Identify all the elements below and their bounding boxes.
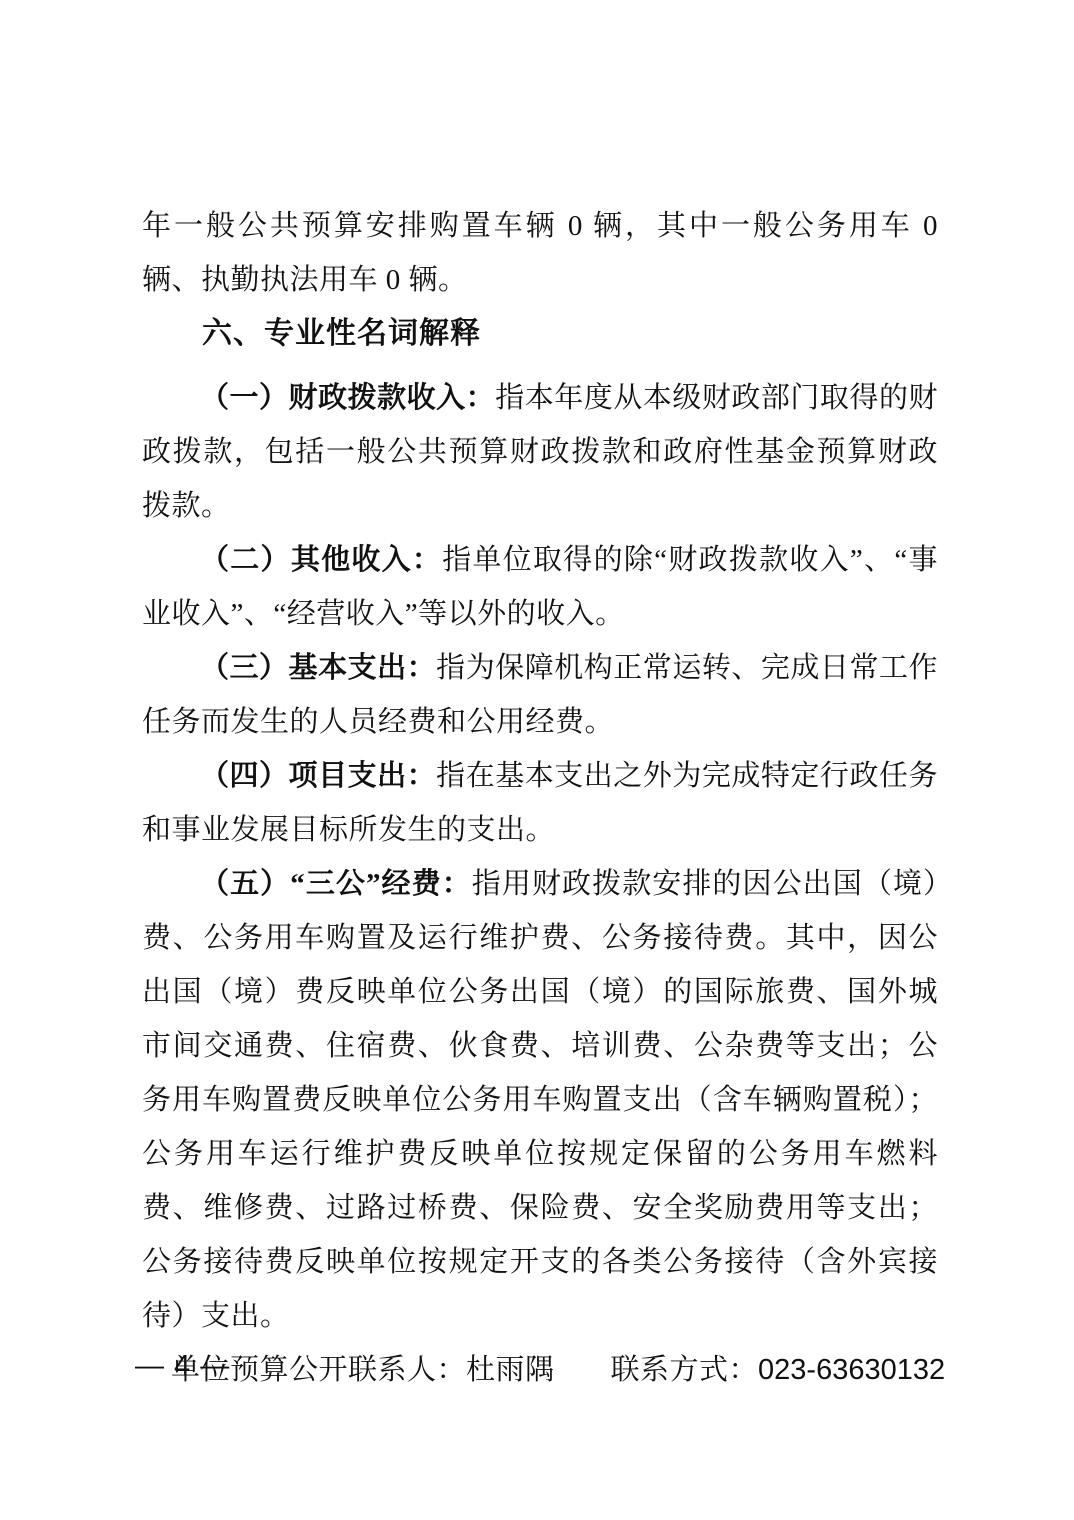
document-page: 年一般公共预算安排购置车辆 0 辆，其中一般公务用车 0 辆、执勤执法用车 0 … xyxy=(0,0,1074,1520)
definition-paragraph: （一）财政拨款收入：指本年度从本级财政部门取得的财政拨款，包括一般公共预算财政拨… xyxy=(142,371,938,533)
definition-term: （二）其他收入： xyxy=(200,544,442,576)
definition-paragraph: （五）“三公”经费：指用财政拨款安排的因公出国（境）费、公务用车购置及运行维护费… xyxy=(142,857,938,1343)
definition-term: （五）“三公”经费： xyxy=(200,868,472,900)
contact-person-name: 杜雨隅 xyxy=(466,1354,555,1386)
definition-term: （四）项目支出： xyxy=(200,760,436,792)
definition-term: （三）基本支出： xyxy=(200,652,436,684)
page-number: — 4 — xyxy=(135,1349,230,1383)
continuation-paragraph: 年一般公共预算安排购置车辆 0 辆，其中一般公务用车 0 辆、执勤执法用车 0 … xyxy=(142,199,938,307)
definition-term: （一）财政拨款收入： xyxy=(200,382,495,414)
contact-method-label: 联系方式： xyxy=(611,1354,759,1386)
document-body: 年一般公共预算安排购置车辆 0 辆，其中一般公务用车 0 辆、执勤执法用车 0 … xyxy=(142,199,938,1397)
section-heading: 六、专业性名词解释 xyxy=(142,307,938,361)
definition-text: 指用财政拨款安排的因公出国（境）费、公务用车购置及运行维护费、公务接待费。其中，… xyxy=(142,868,938,1332)
definition-paragraph: （三）基本支出：指为保障机构正常运转、完成日常工作任务而发生的人员经费和公用经费… xyxy=(142,641,938,749)
definition-paragraph: （二）其他收入：指单位取得的除“财政拨款收入”、“事业收入”、“经营收入”等以外… xyxy=(142,533,938,641)
definition-paragraph: （四）项目支出：指在基本支出之外为完成特定行政任务和事业发展目标所发生的支出。 xyxy=(142,749,938,857)
contact-line: 单位预算公开联系人：杜雨隅联系方式：023-63630132 xyxy=(142,1343,938,1397)
contact-phone-number: 023-63630132 xyxy=(758,1354,945,1386)
